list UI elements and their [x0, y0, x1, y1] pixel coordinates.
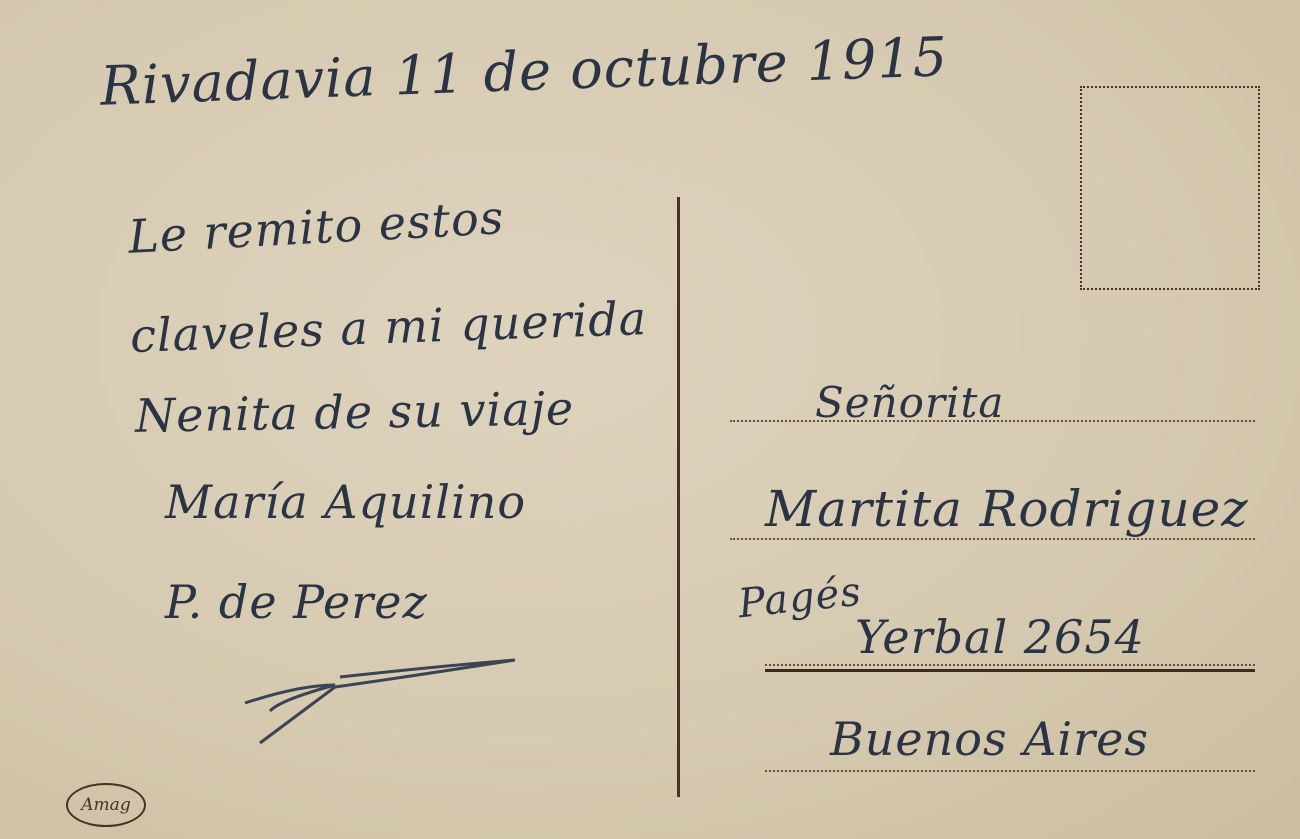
signature-line-2: P. de Perez — [165, 575, 428, 629]
address-name: Martita Rodriguez — [765, 480, 1249, 538]
address-line-1 — [730, 420, 1255, 422]
address-line-2 — [730, 538, 1255, 540]
flourish-icon — [240, 655, 530, 745]
message-line-2: claveles a mi querida — [129, 291, 648, 363]
date-line: Rivadavia 11 de octubre 1915 — [99, 25, 949, 118]
address-line-4 — [765, 770, 1255, 772]
publisher-logo-text: Amag — [81, 795, 130, 815]
postcard-back: Rivadavia 11 de octubre 1915 Le remito e… — [0, 0, 1300, 839]
address-line-3 — [765, 664, 1255, 666]
center-divider — [677, 197, 680, 797]
stamp-box — [1080, 86, 1260, 290]
address-name-cont: Pagés — [736, 569, 864, 628]
signature-line-1: María Aquilino — [165, 475, 526, 529]
message-line-1: Le remito estos — [127, 190, 506, 264]
address-underline — [765, 669, 1255, 672]
address-city: Buenos Aires — [830, 712, 1149, 766]
address-street: Yerbal 2654 — [855, 610, 1145, 664]
publisher-logo: Amag — [66, 783, 146, 827]
message-line-3: Nenita de su viaje — [135, 381, 575, 443]
